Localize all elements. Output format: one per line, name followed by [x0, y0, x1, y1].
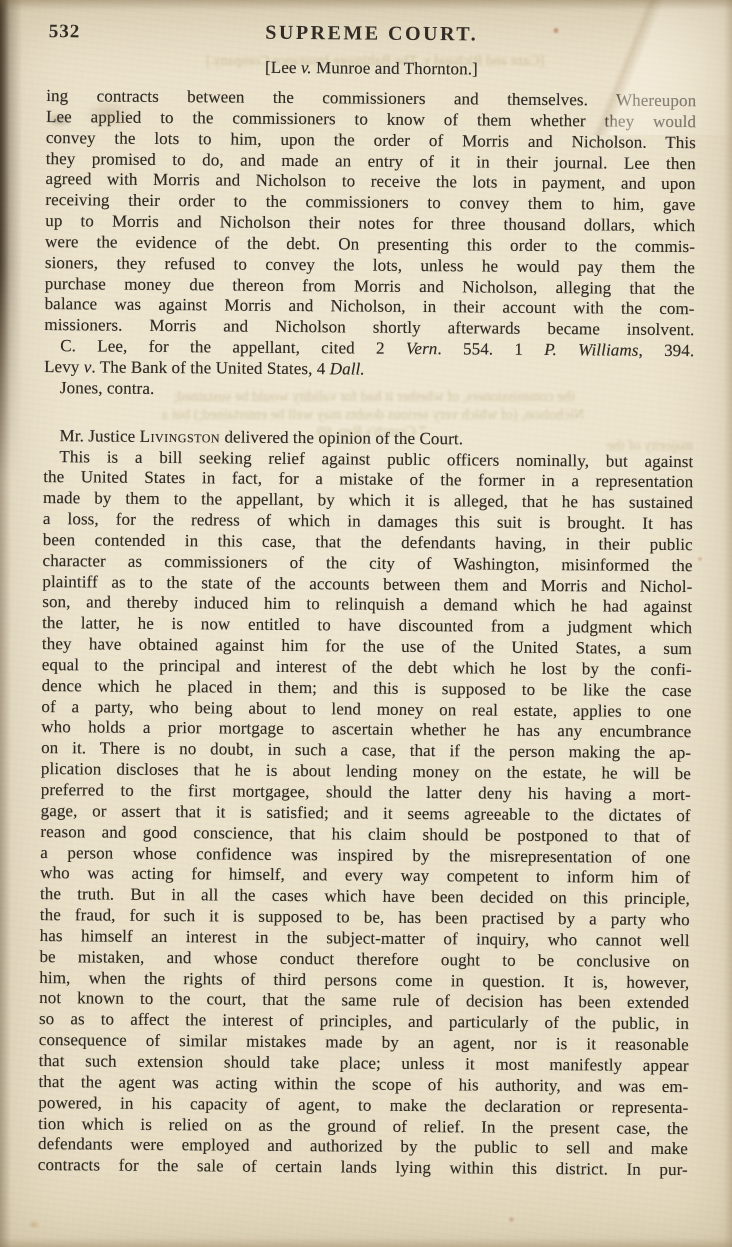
text-segment: been contended in this case, that the de…	[43, 530, 693, 554]
text-segment: of a party, who being about to lend mone…	[41, 697, 691, 721]
text-line: Jones, contra.	[44, 378, 694, 404]
text-segment: agreed with Morris and Nicholson to rece…	[46, 169, 696, 193]
text-segment: powered, in his capacity of agent, to ma…	[38, 1093, 688, 1117]
text-segment: were the evidence of the debt. On presen…	[45, 232, 695, 256]
text-segment: who was acting for himself, and every wa…	[40, 863, 690, 887]
text-segment: not known to the court, that the same ru…	[39, 988, 689, 1012]
page-bottom-edge-shadow	[0, 1238, 732, 1247]
text-segment: dence which he placed in them; and this …	[42, 676, 692, 700]
text-segment: Munroe and Thornton.]	[312, 58, 478, 78]
text-segment: preferred to the first mortgagee, should…	[41, 780, 691, 804]
text-segment: a person whose confidence was inspired b…	[40, 843, 690, 867]
text-segment: the truth. But in all the cases which ha…	[40, 884, 690, 908]
text-segment: purchase money due thereon from Morris a…	[45, 274, 695, 298]
text-segment: balance was against Morris and Nicholson…	[45, 294, 695, 318]
text-segment: delivered the opinion of the Court.	[220, 427, 463, 448]
text-segment: contracts for the sale of certain lands …	[38, 1155, 688, 1179]
text-segment: Jones, contra.	[60, 378, 155, 398]
text-segment: Livingston	[140, 426, 221, 446]
text-segment: the latter, he is now entitled to have d…	[42, 613, 692, 637]
text-segment: gage, or assert that it is satisfied; an…	[41, 801, 691, 825]
text-segment: , 394.	[638, 341, 694, 360]
text-column: ing contracts between the commissioners …	[38, 86, 697, 1181]
text-segment: . The Bank of the United States, 4	[91, 357, 329, 378]
text-segment: character as commissioners of the city o…	[43, 551, 693, 575]
text-segment: a loss, for the redress of which in dama…	[43, 509, 693, 533]
text-segment: sioners, they refused to convey the lots…	[45, 253, 695, 277]
text-segment: P. Williams	[544, 340, 638, 360]
text-segment: consequence of similar mistakes made by …	[39, 1030, 689, 1054]
text-segment: Dall.	[330, 359, 365, 378]
page-top-edge-shadow	[0, 0, 732, 10]
text-segment: so as to affect the interest of principl…	[39, 1009, 689, 1033]
text-segment: This is a bill seeking relief against pu…	[59, 447, 693, 471]
text-segment: him, when the rights of third persons co…	[39, 968, 689, 992]
page-left-edge-shadow	[0, 0, 12, 1247]
counsel-citations: C. Lee, for the appellant, cited 2 Vern.…	[44, 336, 694, 404]
text-segment: receiving their order to the commissione…	[45, 190, 695, 214]
text-segment: missioners. Morris and Nicholson shortly…	[44, 315, 694, 339]
text-segment: Levy	[44, 357, 84, 376]
text-segment: son, and thereby induced him to relinqui…	[42, 592, 692, 616]
scanned-book-page: [Caze and Richaud v. The Baltimore Insur…	[0, 0, 732, 1247]
page-right-edge-shadow	[724, 0, 732, 1247]
text-segment: Vern	[406, 339, 438, 358]
text-segment: on it. There is no doubt, in such a case…	[41, 738, 691, 762]
text-segment: v.	[301, 58, 312, 77]
text-segment: they promised to do, and made an entry o…	[46, 149, 696, 173]
text-segment: up to Morris and Nicholson their notes f…	[45, 211, 695, 235]
text-segment: plaintiff as to the state of the account…	[42, 572, 692, 596]
text-segment: equal to the principal and interest of t…	[42, 655, 692, 679]
text-segment: who holds a prior mortgage to ascertain …	[41, 718, 691, 742]
text-segment: [Lee	[265, 58, 301, 77]
text-line: contracts for the sale of certain lands …	[38, 1155, 688, 1181]
text-segment: defendants were employed and authorized …	[38, 1134, 688, 1158]
text-segment: reason and good conscience, that his cla…	[40, 822, 690, 846]
text-segment: Mr. Justice	[60, 426, 140, 446]
text-segment: C. Lee, for the appellant, cited 2	[60, 336, 406, 358]
text-segment: the fraud, for such it is supposed to be…	[40, 905, 690, 929]
text-segment: they have obtained against him for the u…	[42, 634, 692, 658]
text-segment: tion which is relied on as the ground of…	[38, 1114, 688, 1138]
text-segment: the United States in fact, for a mistake…	[43, 467, 693, 491]
page-corner-crease	[482, 0, 732, 135]
text-segment: has himself an interest in the subject-m…	[40, 926, 690, 950]
opinion-paragraph: This is a bill seeking relief against pu…	[38, 447, 694, 1182]
text-segment: be mistaken, and whose conduct therefore…	[39, 947, 689, 971]
text-segment: . 554. 1	[437, 339, 544, 359]
text-segment: that the agent was acting within the sco…	[38, 1072, 688, 1096]
text-segment: that such extension should take place; u…	[39, 1051, 689, 1075]
page-content: 532 SUPREME COURT. [Lee v. Munroe and Th…	[0, 0, 732, 1247]
text-segment: plication discloses that he is about len…	[41, 759, 691, 783]
text-segment: made by them to the appellant, by which …	[43, 488, 693, 512]
